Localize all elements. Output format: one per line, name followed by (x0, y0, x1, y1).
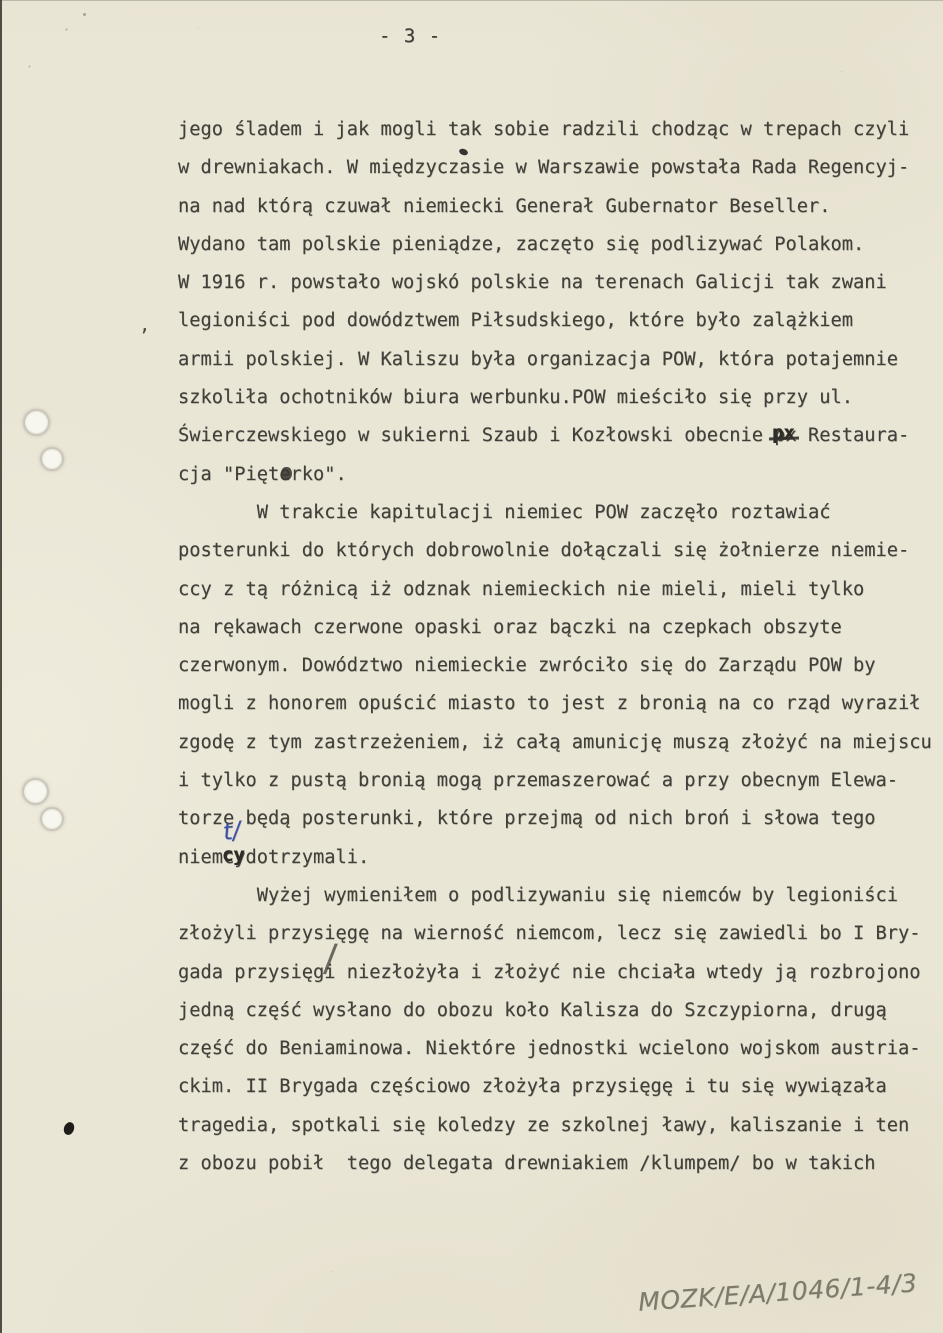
page-number: - 3 - (379, 25, 441, 47)
typed-line: jedną część wysłano do obozu koło Kalisz… (178, 992, 943, 1030)
hole-punch (40, 447, 64, 471)
typed-line: armii polskiej. W Kaliszu była organizac… (178, 341, 943, 379)
typed-line: złożyli przysięgę na wierność niemcom, l… (178, 915, 943, 953)
typed-line: czerwonym. Dowództwo niemieckie zwróciło… (178, 647, 943, 685)
scanned-document-page: { "page": { "page_number": "- 3 -", "arc… (0, 0, 943, 1333)
typed-line: Wyżej wymieniłem o podlizywaniu się niem… (178, 877, 943, 915)
typed-line: szkoliła ochotników biura werbunku.POW m… (178, 379, 943, 417)
overtyped-strikeout-text: px (772, 423, 795, 444)
typed-line: z obozu pobił tego delegata drewniakiem … (178, 1145, 943, 1183)
scan-edge-left (0, 0, 2, 1333)
typed-line: posterunki do których dobrowolnie dołącz… (178, 532, 943, 570)
typed-line: Świerczewskiego w sukierni Szaub i Kozło… (178, 417, 943, 455)
hole-punch (23, 409, 50, 436)
typed-text-body: jego śladem i jak mogli tak sobie radzil… (178, 111, 943, 1183)
typed-line: ckim. II Brygada częściowo złożyła przys… (178, 1068, 943, 1106)
typed-line: w drewniakach. W międzyczasie w Warszawi… (178, 149, 943, 187)
typed-line: torze będą posterunki, które przejmą od … (178, 800, 943, 838)
paper-specks (83, 13, 86, 16)
typed-line: na rękawach czerwone opaski oraz bączki … (178, 609, 943, 647)
typed-line: gada przysięgi niezłożyła i złożyć nie c… (178, 954, 943, 992)
hole-punch (40, 807, 64, 831)
typed-line: zgodę z tym zastrzeżeniem, iż całą amuni… (178, 724, 943, 762)
typed-line: W trakcie kapitulacji niemiec POW zaczęł… (178, 494, 943, 532)
typed-line: i tylko z pustą bronią mogą przemaszerow… (178, 762, 943, 800)
typed-line: jego śladem i jak mogli tak sobie radzil… (178, 111, 943, 149)
typed-line: Wydano tam polskie pieniądze, zaczęto si… (178, 226, 943, 264)
typed-line: W 1916 r. powstało wojskó polskie na ter… (178, 264, 943, 302)
hole-punch (22, 778, 49, 805)
typed-line: część do Beniaminowa. Niektóre jednostki… (178, 1030, 943, 1068)
overtype-blob (281, 467, 292, 480)
scan-edge-top (0, 0, 943, 1)
handwritten-archive-reference: MOZK/E/A/1046/1-4/3 (637, 1268, 918, 1316)
overtyped-correction-text: cy (222, 845, 245, 866)
typed-line: niemcydotrzymali. (178, 839, 943, 877)
typed-line: tragedia, spotkali się koledzy ze szkoln… (178, 1107, 943, 1145)
stray-typed-comma: , (139, 314, 150, 336)
typed-line: legioniści pod dowództwem Piłsudskiego, … (178, 302, 943, 340)
ink-blot (62, 1121, 75, 1136)
handwritten-insert-mark: t/ (222, 816, 242, 846)
typed-line: cja "Pięterko". (178, 456, 943, 494)
typed-line: na nad którą czuwał niemiecki Generał Gu… (178, 188, 943, 226)
typed-line: ccy z tą różnicą iż odznak niemieckich n… (178, 571, 943, 609)
typed-line: mogli z honorem opuścić miasto to jest z… (178, 685, 943, 723)
